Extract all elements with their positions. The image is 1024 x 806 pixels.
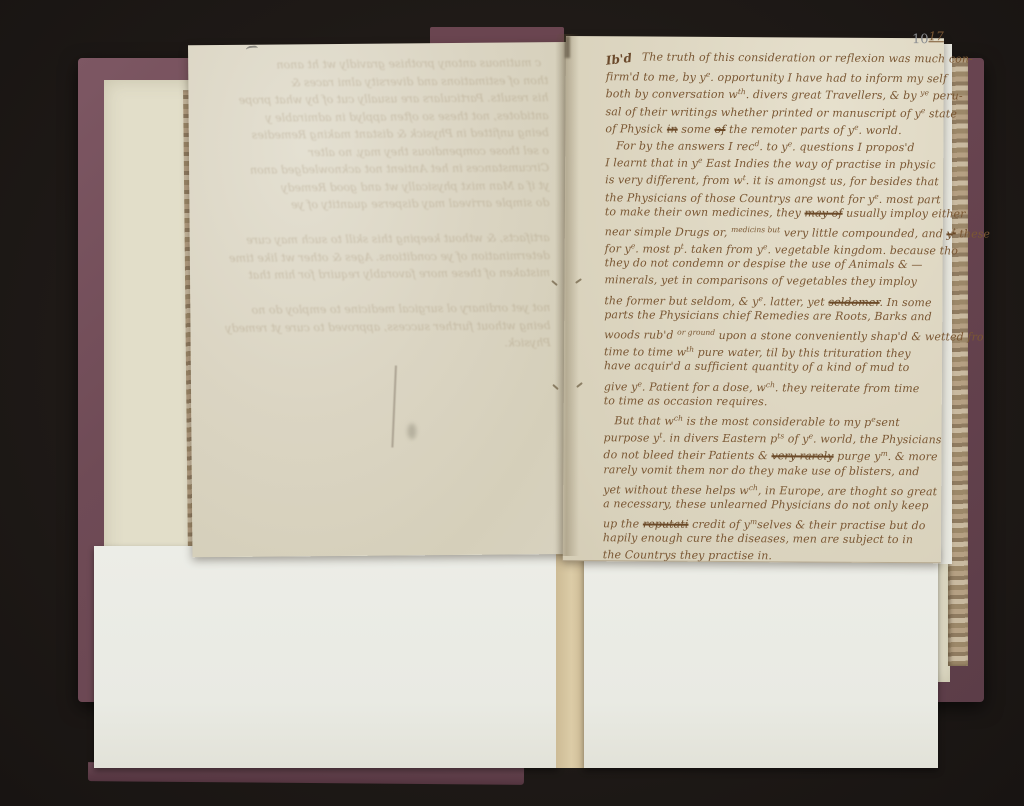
manuscript-line: give ye. Patient for a dose, wch. they r… xyxy=(604,375,952,394)
manuscript-line: is very different, from wt. it is amongs… xyxy=(605,169,953,188)
manuscript-line: time to time wth pure water, til by this… xyxy=(604,340,952,359)
manuscript-line: they do not condemn or despise the use o… xyxy=(605,254,953,273)
manuscript-line: of Physick in some of the remoter parts … xyxy=(605,117,953,136)
manuscript-line: sal of their writings whether printed or… xyxy=(606,100,954,119)
manuscript-line: the Countrys they practise in. xyxy=(603,547,951,566)
manuscript-line: The truth of this consideration or refle… xyxy=(606,48,954,67)
manuscript-line: near simple Drugs or, medicins but very … xyxy=(605,220,953,239)
white-guard-page-left xyxy=(94,546,558,768)
manuscript-line: parts the Physicians chief Remedies are … xyxy=(604,306,952,325)
paper-scratch xyxy=(391,366,397,448)
manuscript-line: the former but seldom, & ye. latter, yet… xyxy=(604,289,952,308)
manuscript-page-left-blank: c mutinous antony prothise gravidly wt h… xyxy=(188,42,570,557)
manuscript-line: for ye. most pt. taken from ye. vegetabl… xyxy=(605,237,953,256)
manuscript-line: I learnt that in ye East Indies the way … xyxy=(605,151,953,170)
gutter-fold-shadow xyxy=(555,34,579,556)
bleedthrough-line: Physick. xyxy=(213,334,551,354)
manuscript-line: have acquir'd a sufficient quantity of a… xyxy=(604,358,952,377)
manuscript-line: rarely vomit them nor do they make use o… xyxy=(603,461,951,480)
white-guard-page-right xyxy=(584,546,938,768)
manuscript-line: yet without these helps wch, in Europe, … xyxy=(603,478,951,497)
manuscript-line: firm'd to me, by ye. opportunity I have … xyxy=(606,65,954,84)
bleedthrough-line: artifacts, & wthout keeping this skill t… xyxy=(212,229,550,249)
bleedthrough-line: being unfitted in Physick & distant maki… xyxy=(211,124,549,144)
manuscript-line: purpose yt. in divers Eastern pts of ye.… xyxy=(604,426,952,445)
bleedthrough-line: not yet ordinary ol surgical medicine to… xyxy=(212,299,550,319)
manuscript-line: But that wch is the most considerable to… xyxy=(604,409,952,428)
manuscript-line: woods rub'd or ground upon a stone conve… xyxy=(604,323,952,342)
manuscript-line: to make their own medicines, they may of… xyxy=(605,203,953,222)
manuscript-line: hapily enough cure the diseases, men are… xyxy=(603,529,951,548)
guard-gutter-strip xyxy=(556,542,584,768)
bleedthrough-line: c mutinous antony prothise gravidly wt h… xyxy=(210,54,548,74)
bleedthrough-text: c mutinous antony prothise gravidly wt h… xyxy=(210,54,551,354)
paper-smudge xyxy=(407,423,416,439)
bleedthrough-line: his results. Particulars are usually cut… xyxy=(210,89,548,109)
bleedthrough-line: Circumstances in het Antient not acknowl… xyxy=(211,159,549,179)
manuscript-line: up the reputati credit of ymselves & the… xyxy=(603,512,951,531)
bleedthrough-line: mistaken of these more favorably requird… xyxy=(212,264,550,284)
manuscript-page-right: Ib'd 1017 The truth of this consideratio… xyxy=(563,36,944,563)
pencil-mark xyxy=(246,45,259,53)
folio-number-ink: 17 xyxy=(929,29,944,43)
manuscript-line: do not bleed their Patients & very rarel… xyxy=(603,444,951,463)
manuscript-text: The truth of this consideration or refle… xyxy=(603,48,954,566)
manuscript-line: both by conversation wth. divers great T… xyxy=(606,83,954,102)
bleedthrough-line: do simple arriveal may disperse quantity… xyxy=(211,194,549,214)
folio-number: 1017 xyxy=(912,32,944,47)
manuscript-line: the Physicians of those Countrys are won… xyxy=(605,186,953,205)
manuscript-line: a necessary, these unlearned Physicians … xyxy=(603,495,951,514)
manuscript-line: For by the answers I recd. to ye. questi… xyxy=(605,134,953,153)
fold-crease xyxy=(565,36,570,58)
bleedthrough-line: being wthout further success, approved t… xyxy=(212,317,550,337)
photograph-of-open-manuscript-book: c mutinous antony prothise gravidly wt h… xyxy=(0,0,1024,806)
manuscript-line: minerals, yet in comparisons of vegetabl… xyxy=(604,272,952,291)
folio-number-pencil: 10 xyxy=(912,32,929,47)
